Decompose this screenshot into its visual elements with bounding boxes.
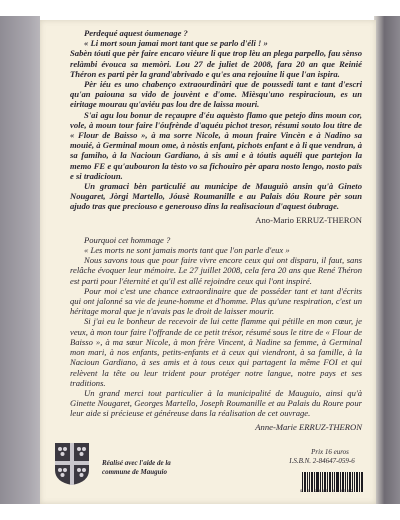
cover-text: Perdequé aquest óumenage ? « Li mort sou… [70, 28, 362, 442]
french-paragraph-3: Si j'ai eu le bonheur de recevoir de lui… [70, 316, 362, 387]
price-label: Prix 16 euros [290, 448, 370, 457]
cover-footer: Réalisé avec l'aide de la commune de Mau… [40, 422, 376, 492]
provencal-paragraph-2: Pèr iéu es uno chabenço extraourdinàri q… [70, 79, 362, 110]
isbn-label: I.S.B.N. 2-84647-059-6 [280, 457, 364, 465]
provencal-paragraph-3: S'ai agu lou bonur de reçaupre d'éu aquè… [70, 110, 362, 181]
provencal-paragraph-1: Sabèn tóuti que pèr faire encaro viéure … [70, 48, 362, 79]
background-left [0, 16, 40, 504]
french-paragraph-2: Pour moi c'est une chance extraordinaire… [70, 286, 362, 317]
provencal-quote: « Li mort soun jamai mort tant que se pa… [70, 38, 362, 48]
french-section: Pourquoi cet hommage ? « Les morts ne so… [70, 235, 362, 432]
french-question: Pourquoi cet hommage ? [70, 235, 362, 245]
french-quote: « Les morts ne sont jamais morts tant qu… [70, 245, 362, 255]
provencal-signature: Ano-Mario ERRUZ-THERON [70, 215, 362, 225]
credit-text: Réalisé avec l'aide de la commune de Mau… [102, 459, 171, 476]
provencal-paragraph-4: Un gramaci bèn particulié au municipe de… [70, 181, 362, 212]
coat-of-arms-icon [54, 442, 90, 486]
barcode-digits: 9 782846 470599 [300, 490, 370, 494]
book-back-cover: Perdequé aquest óumenage ? « Li mort sou… [40, 20, 376, 504]
credit-line-1: Réalisé avec l'aide de la [102, 459, 171, 468]
french-paragraph-1: Nous savons tous que pour faire vivre en… [70, 255, 362, 286]
provencal-question: Perdequé aquest óumenage ? [70, 28, 362, 38]
barcode-icon [302, 468, 364, 492]
background-right [374, 16, 400, 504]
credit-line-2: commune de Mauguio [102, 468, 171, 477]
french-paragraph-4: Un grand merci tout particulier à la mun… [70, 388, 362, 419]
